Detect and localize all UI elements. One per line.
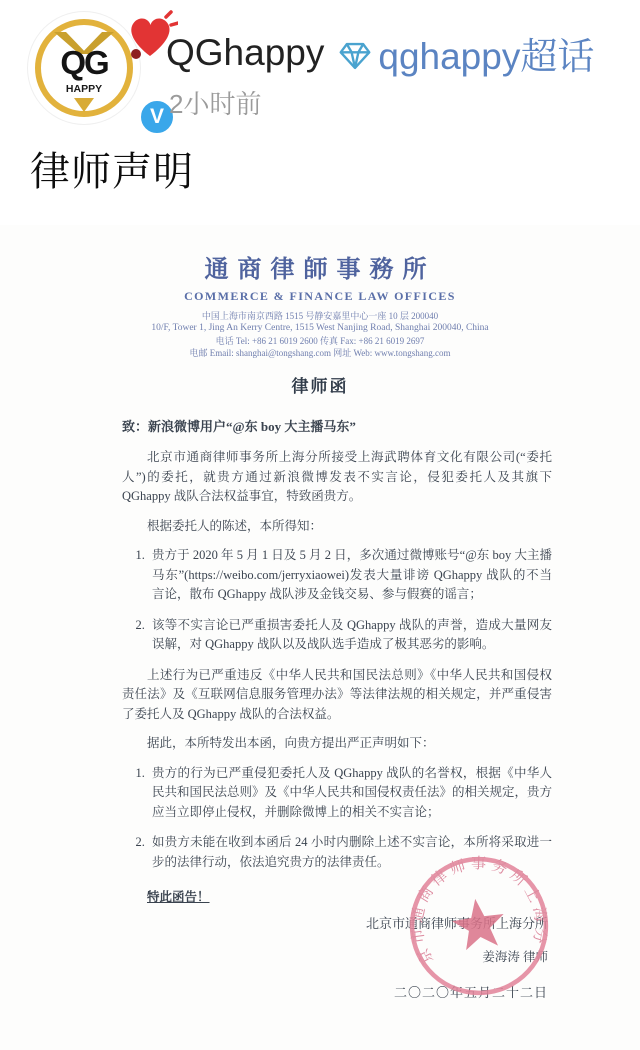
letter-facts-list: 贵方于 2020 年 5 月 1 日及 5 月 2 日，多次通过微博账号“@东 …	[122, 546, 552, 655]
firm-email-web: 电邮 Email: shanghai@tongshang.com 网址 Web:…	[0, 347, 640, 359]
supertopic-gem-icon[interactable]	[338, 38, 372, 72]
supertopic-link[interactable]: qghappy超话	[378, 26, 594, 80]
signature-lawyer: 姜海涛 律师	[482, 947, 548, 965]
letter-closing: 特此函告！	[147, 888, 552, 908]
weibo-post: QG HAPPY V QGhappy qghappy超话 2小时前 律师声明 通…	[0, 0, 640, 1050]
letter-recipient: 致：新浪微博用户“@东 boy 大主播马东”	[122, 417, 552, 437]
letter-demand-item: 如贵方未能在收到本函后 24 小时内删除上述不实言论，本所将采取进一步的法律行动…	[148, 833, 552, 872]
signature-date: 二〇二〇年五月二十二日	[394, 982, 548, 1001]
post-header-row: QGhappy qghappy超话	[166, 26, 594, 80]
letter-paragraph-demand-lead: 据此，本所特发出本函，向贵方提出严正声明如下：	[122, 734, 552, 754]
letter-demands-list: 贵方的行为已严重侵犯委托人及 QGhappy 战队的名誉权，根据《中华人民共和国…	[122, 764, 552, 873]
letter-paragraph-intro: 北京市通商律师事务所上海分所接受上海武聘体育文化有限公司(“委托人”)的委托，就…	[122, 448, 552, 507]
avatar-word: HAPPY	[28, 83, 140, 95]
letter-paragraph-facts-lead: 根据委托人的陈述，本所得知：	[122, 517, 552, 537]
avatar-monogram: QG	[28, 44, 140, 82]
law-firm-name-cn: 通商律師事務所	[0, 225, 640, 284]
verified-badge-letter: V	[150, 105, 164, 129]
letter-fact-item: 贵方于 2020 年 5 月 1 日及 5 月 2 日，多次通过微博账号“@东 …	[148, 546, 552, 605]
letter-demand-item: 贵方的行为已严重侵犯委托人及 QGhappy 战队的名誉权，根据《中华人民共和国…	[148, 764, 552, 823]
signature-firm: 北京市通商律师事务所上海分所	[366, 913, 548, 932]
avatar[interactable]: QG HAPPY V	[28, 12, 140, 124]
lawyer-letter-image[interactable]: 通商律師事務所 COMMERCE & FINANCE LAW OFFICES 中…	[0, 225, 640, 1050]
firm-address-cn: 中国上海市南京西路 1515 号静安嘉里中心一座 10 层 200040	[0, 310, 640, 322]
post-timestamp: 2小时前	[169, 84, 261, 121]
username[interactable]: QGhappy	[166, 32, 324, 74]
firm-address-en: 10/F, Tower 1, Jing An Kerry Centre, 151…	[0, 322, 640, 334]
letter-title: 律师函	[0, 372, 640, 397]
post-text: 律师声明	[30, 140, 194, 197]
law-firm-name-en: COMMERCE & FINANCE LAW OFFICES	[0, 289, 640, 304]
firm-tel-fax: 电话 Tel: +86 21 6019 2600 传真 Fax: +86 21 …	[0, 335, 640, 347]
letter-paragraph-law: 上述行为已严重违反《中华人民共和国民法总则》《中华人民共和国侵权责任法》及《互联…	[122, 666, 552, 725]
letter-fact-item: 该等不实言论已严重损害委托人及 QGhappy 战队的声誉，造成大量网友误解，对…	[148, 616, 552, 655]
